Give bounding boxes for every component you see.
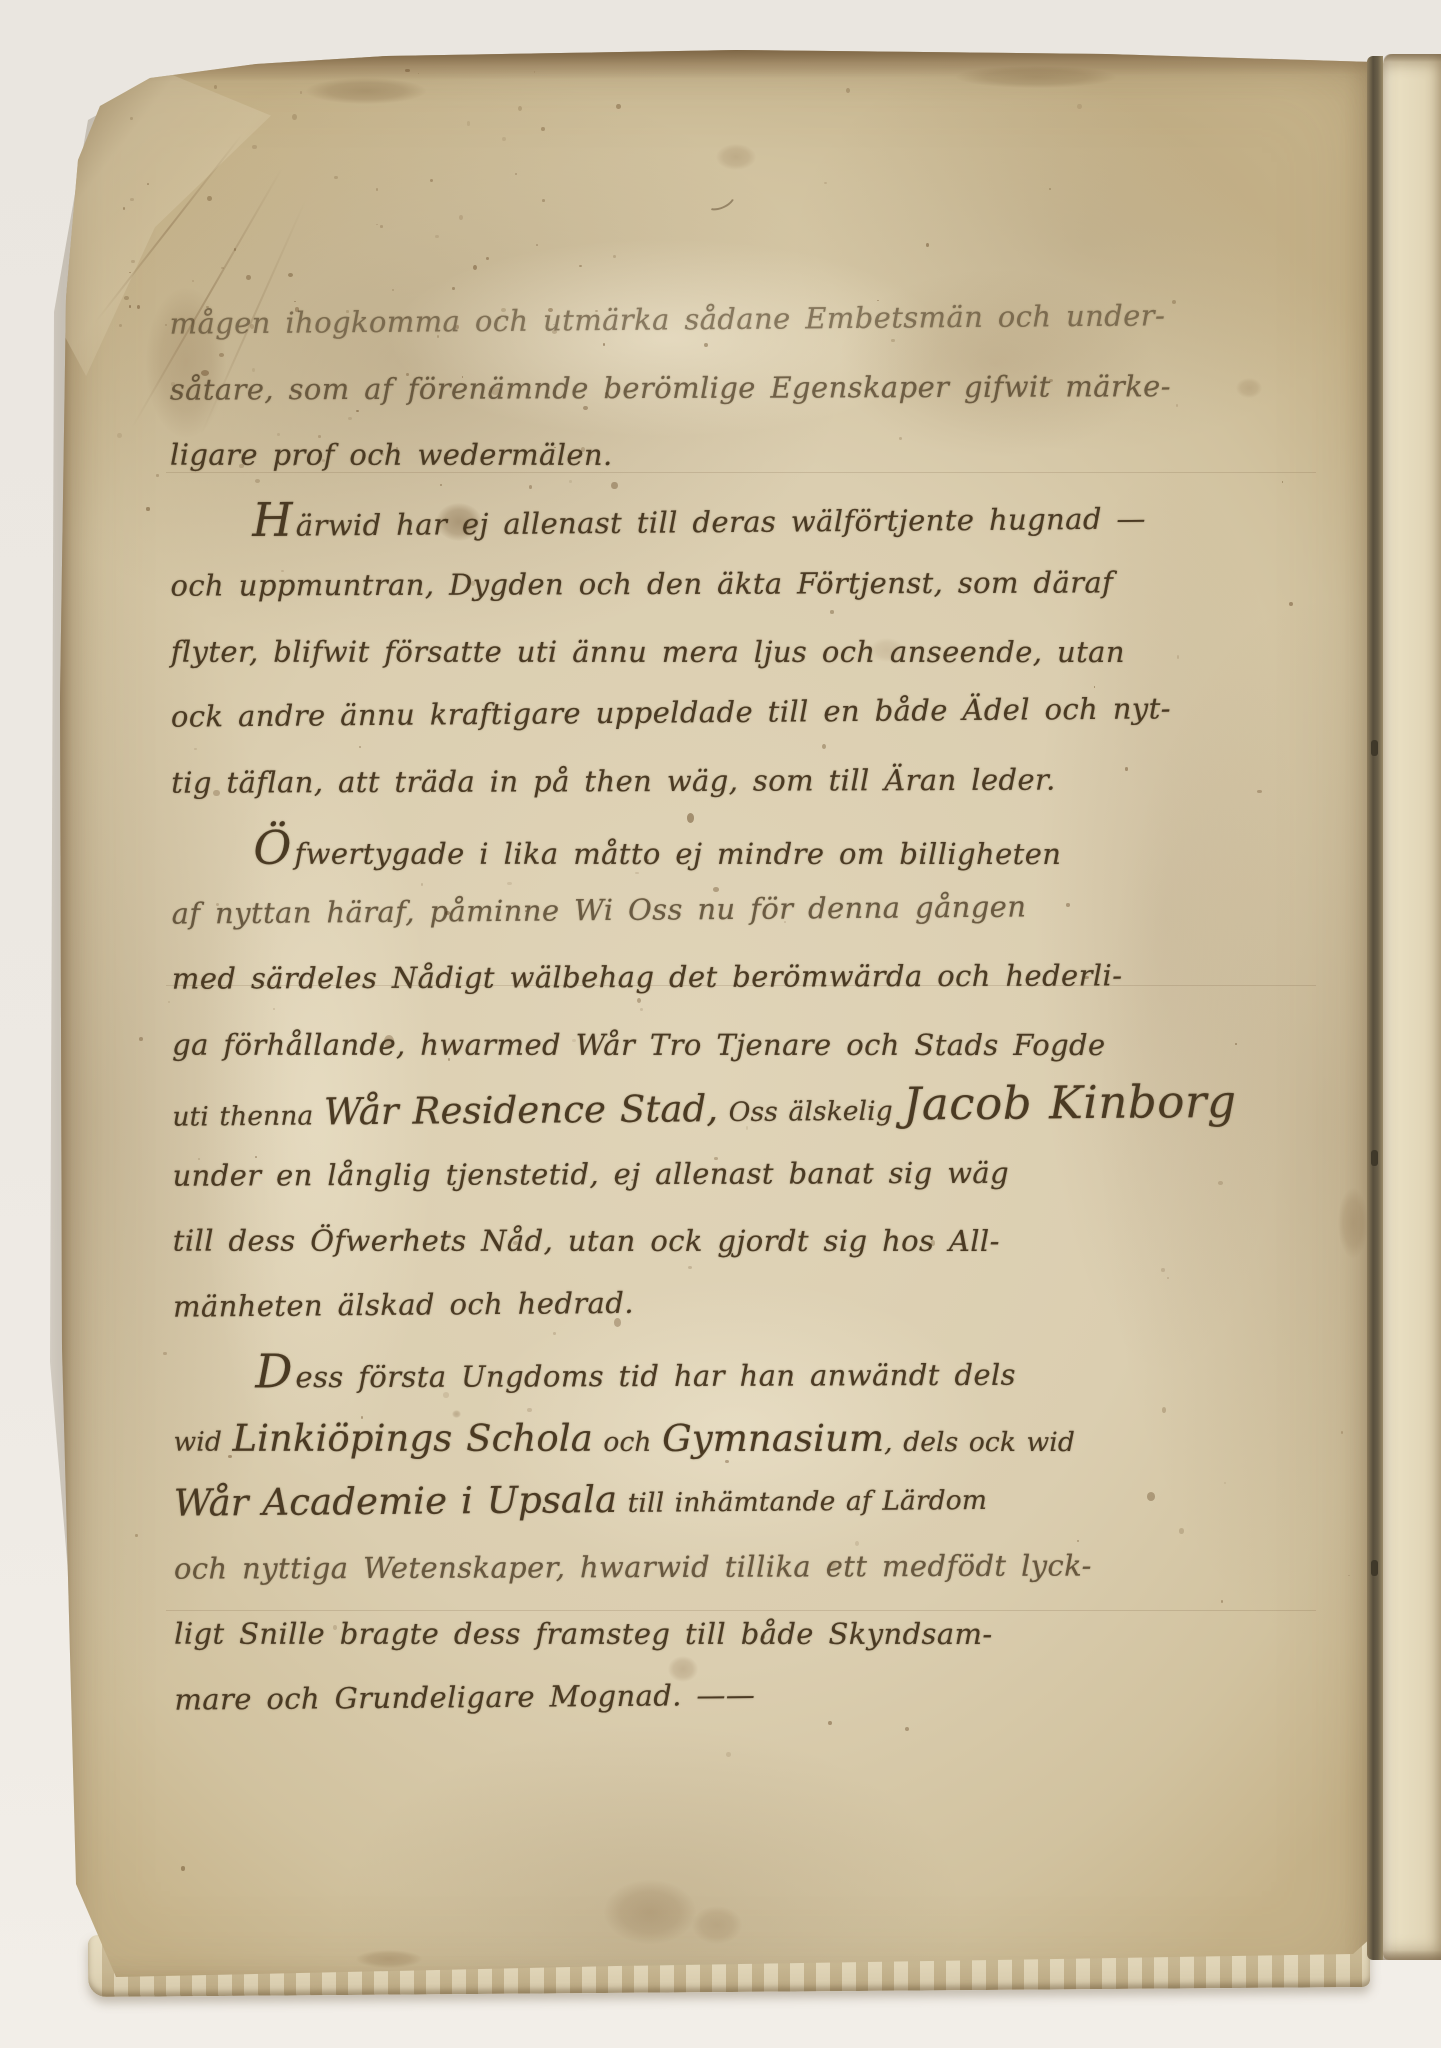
text-segment: och uppmuntran, Dygden och den äkta Fört…: [170, 565, 1113, 602]
foxing-speckle: [1177, 655, 1180, 659]
text-segment: med särdeles Nådigt wälbehag det berömwä…: [172, 958, 1123, 995]
text-segment: Öfwertygade i lika måtto ej mindre om bi…: [253, 837, 1061, 871]
binding-gutter: [1367, 56, 1383, 1960]
foxing-speckle: [292, 114, 297, 120]
manuscript-line: uti thenna Wår Residence Stad, Oss älske…: [172, 1070, 1133, 1144]
stain: [356, 1950, 422, 1968]
foxing-speckle: [246, 275, 251, 280]
text-segment: tig täflan, att träda in på then wäg, so…: [171, 762, 1056, 799]
foxing-speckle: [1161, 1268, 1166, 1272]
foxing-speckle: [518, 106, 522, 111]
text-segment: under en långlig tjenstetid, ej allenast…: [173, 1155, 1010, 1192]
manuscript-line: flyter, blifwit försatte uti ännu mera l…: [171, 619, 1131, 685]
foxing-speckle: [131, 260, 135, 264]
text-segment: till dess Öfwerhets Nåd, utan ock gjordt…: [173, 1224, 1000, 1258]
text-segment: Linkiöpings Schola: [232, 1416, 592, 1459]
binding-stitch: [1371, 1150, 1378, 1166]
foxing-speckle: [515, 173, 517, 175]
foxing-speckle: [846, 88, 850, 93]
manuscript-line: såtare, som af förenämnde berömlige Egen…: [170, 354, 1130, 423]
manuscript-line: och uppmuntran, Dygden och den äkta Fört…: [170, 550, 1130, 619]
foxing-speckle: [129, 305, 132, 308]
stain: [692, 1906, 742, 1944]
text-segment: ock andre ännu kraftigare uppeldade till…: [171, 691, 1171, 733]
manuscript-line: och nyttiga Wetenskaper, hwarwid tillika…: [174, 1533, 1134, 1602]
manuscript-page: mågen ihogkomma och utmärka sådane Embet…: [56, 48, 1376, 1996]
foxing-speckle: [579, 265, 582, 267]
manuscript-line: ock andre ännu kraftigare uppeldade till…: [171, 677, 1132, 751]
manuscript-line: Öfwertygade i lika måtto ej mindre om bi…: [171, 816, 1131, 882]
text-segment: , dels ock wid: [884, 1426, 1075, 1457]
foxing-speckle: [156, 474, 159, 477]
manuscript-line: mågen ihogkomma och utmärka sådane Embet…: [169, 284, 1130, 358]
foxing-speckle: [1282, 481, 1284, 483]
foxing-speckle: [117, 433, 122, 439]
manuscript-line: ga förhållande, hwarmed Wår Tro Tjenare …: [172, 1012, 1132, 1078]
text-segment: till inhämtande af Lärdom: [617, 1485, 987, 1519]
foxing-speckle: [376, 188, 379, 191]
foxing-speckle: [146, 507, 150, 510]
foxing-speckle: [207, 196, 212, 201]
manuscript-line: wid Linkiöpings Schola och Gymnasium, de…: [173, 1405, 1133, 1471]
binding-stitch: [1371, 1560, 1378, 1576]
foxing-speckle: [459, 215, 463, 220]
foxing-speckle: [1341, 1431, 1344, 1434]
stain: [716, 144, 756, 170]
binding-stitch: [1371, 740, 1378, 756]
foxing-speckle: [1162, 1407, 1166, 1413]
foxing-speckle: [1077, 104, 1081, 109]
foxing-speckle: [119, 324, 122, 327]
foxing-speckle: [1221, 1600, 1223, 1603]
foxing-speckle: [137, 305, 141, 309]
foxing-speckle: [163, 1352, 167, 1356]
foxing-speckle: [214, 85, 217, 89]
foxing-speckle: [168, 1001, 170, 1004]
foxing-speckle: [542, 199, 545, 202]
manuscript-line: med särdeles Nådigt wälbehag det berömwä…: [172, 943, 1132, 1012]
text-segment: mare och Grundeligare Mognad. ——: [174, 1677, 755, 1716]
foxing-speckle: [376, 224, 378, 225]
text-segment: Oss älskelig: [718, 1096, 903, 1129]
deckle-top-edge: [126, 42, 1372, 82]
text-segment: mänheten älskad och hedrad.: [173, 1285, 634, 1323]
foxing-speckle: [252, 145, 256, 149]
stain: [306, 78, 426, 104]
foxing-speckle: [1176, 404, 1179, 407]
foxing-speckle: [435, 235, 439, 239]
adjacent-page-edge: [1383, 54, 1441, 1960]
text-segment: Dess första Ungdoms tid har han anwändt …: [255, 1358, 1016, 1395]
foxing-speckle: [1224, 1482, 1226, 1484]
stain: [1236, 378, 1262, 398]
manuscript-line: Dess första Ungdoms tid har han anwändt …: [173, 1336, 1133, 1405]
stain: [604, 1880, 696, 1944]
text-segment: Härwid har ej allenast till deras wälför…: [252, 501, 1146, 542]
text-segment: Wår Residence Stad,: [324, 1087, 719, 1133]
text-segment: mågen ihogkomma och utmärka sådane Embet…: [169, 298, 1165, 340]
manuscript-line: under en långlig tjenstetid, ej allenast…: [172, 1140, 1132, 1209]
foxing-speckle: [536, 244, 538, 246]
foxing-speckle: [147, 183, 149, 185]
foxing-speckle: [1218, 1181, 1223, 1185]
foxing-speckle: [139, 1037, 143, 1041]
text-segment: ga förhållande, hwarmed Wår Tro Tjenare …: [172, 1027, 1105, 1061]
foxing-speckle: [1167, 1277, 1169, 1279]
text-segment: ligt Snille bragte dess framsteg till bå…: [174, 1617, 992, 1651]
manuscript-line: Wår Academie i Upsala till inhämtande af…: [173, 1463, 1134, 1537]
foxing-speckle: [726, 1752, 731, 1757]
foxing-speckle: [473, 265, 477, 270]
manuscript-line: ligt Snille bragte dess framsteg till bå…: [174, 1602, 1134, 1668]
manuscript-line: mare och Grundeligare Mognad. ——: [174, 1659, 1135, 1733]
text-segment: Gymnasium: [662, 1416, 884, 1459]
manuscript-line: Härwid har ej allenast till deras wälför…: [170, 480, 1131, 554]
foxing-speckle: [430, 179, 433, 182]
text-segment: flyter, blifwit försatte uti ännu mera l…: [171, 634, 1125, 668]
foxing-speckle: [1257, 790, 1261, 793]
foxing-speckle: [300, 91, 303, 94]
foxing-speckle: [541, 127, 545, 131]
text-segment: wid: [173, 1426, 232, 1457]
foxing-speckle: [221, 267, 224, 269]
foxing-speckle: [613, 255, 616, 258]
text-segment: Wår Academie i Upsala: [174, 1478, 618, 1525]
foxing-speckle: [124, 296, 129, 300]
foxing-speckle: [181, 1866, 186, 1871]
manuscript-scan-backdrop: mågen ihogkomma och utmärka sådane Embet…: [0, 0, 1441, 2048]
manuscript-line: tig täflan, att träda in på then wäg, so…: [171, 747, 1131, 816]
stray-ink-mark: [702, 184, 739, 214]
foxing-speckle: [1235, 1043, 1237, 1045]
foxing-speckle: [616, 104, 621, 110]
foxing-speckle: [1348, 1575, 1350, 1576]
foxing-speckle: [1179, 1528, 1184, 1533]
foxing-speckle: [926, 243, 929, 247]
foxing-speckle: [165, 324, 168, 326]
text-segment: och: [593, 1426, 662, 1457]
adjacent-page-top-edge: [1383, 54, 1441, 62]
foxing-speckle: [334, 176, 338, 180]
text-segment: af nyttan häraf, påminne Wi Oss nu för d…: [172, 889, 1027, 930]
foxing-speckle: [192, 280, 194, 282]
foxing-speckle: [1147, 1492, 1155, 1501]
foxing-speckle: [467, 121, 471, 125]
manuscript-line: af nyttan häraf, påminne Wi Oss nu för d…: [171, 873, 1132, 947]
adjacent-page-bottom-edge: [1383, 1950, 1441, 1960]
foxing-speckle: [288, 273, 293, 277]
foxing-speckle: [380, 225, 384, 228]
text-segment: uti thenna: [172, 1100, 324, 1132]
foxing-speckle: [130, 117, 133, 120]
handwritten-text-block: mågen ihogkomma och utmärka sådane Embet…: [169, 288, 1134, 1732]
foxing-speckle: [1049, 188, 1051, 190]
foxing-speckle: [824, 182, 827, 184]
manuscript-line: till dess Öfwerhets Nåd, utan ock gjordt…: [173, 1209, 1133, 1275]
foxing-speckle: [135, 1534, 138, 1537]
text-segment: såtare, som af förenämnde berömlige Egen…: [170, 369, 1171, 406]
text-segment: och nyttiga Wetenskaper, hwarwid tillika…: [174, 1548, 1092, 1585]
text-segment: Jacob Kinborg: [903, 1075, 1237, 1131]
foxing-speckle: [1289, 602, 1293, 606]
text-segment: ligare prof och wedermälen.: [170, 438, 613, 472]
foxing-speckle: [502, 137, 506, 142]
stain: [1338, 1188, 1368, 1258]
foxing-speckle: [486, 257, 489, 260]
manuscript-line: mänheten älskad och hedrad.: [173, 1266, 1134, 1340]
manuscript-line: ligare prof och wedermälen.: [170, 423, 1130, 489]
foxing-speckle: [1172, 300, 1176, 304]
